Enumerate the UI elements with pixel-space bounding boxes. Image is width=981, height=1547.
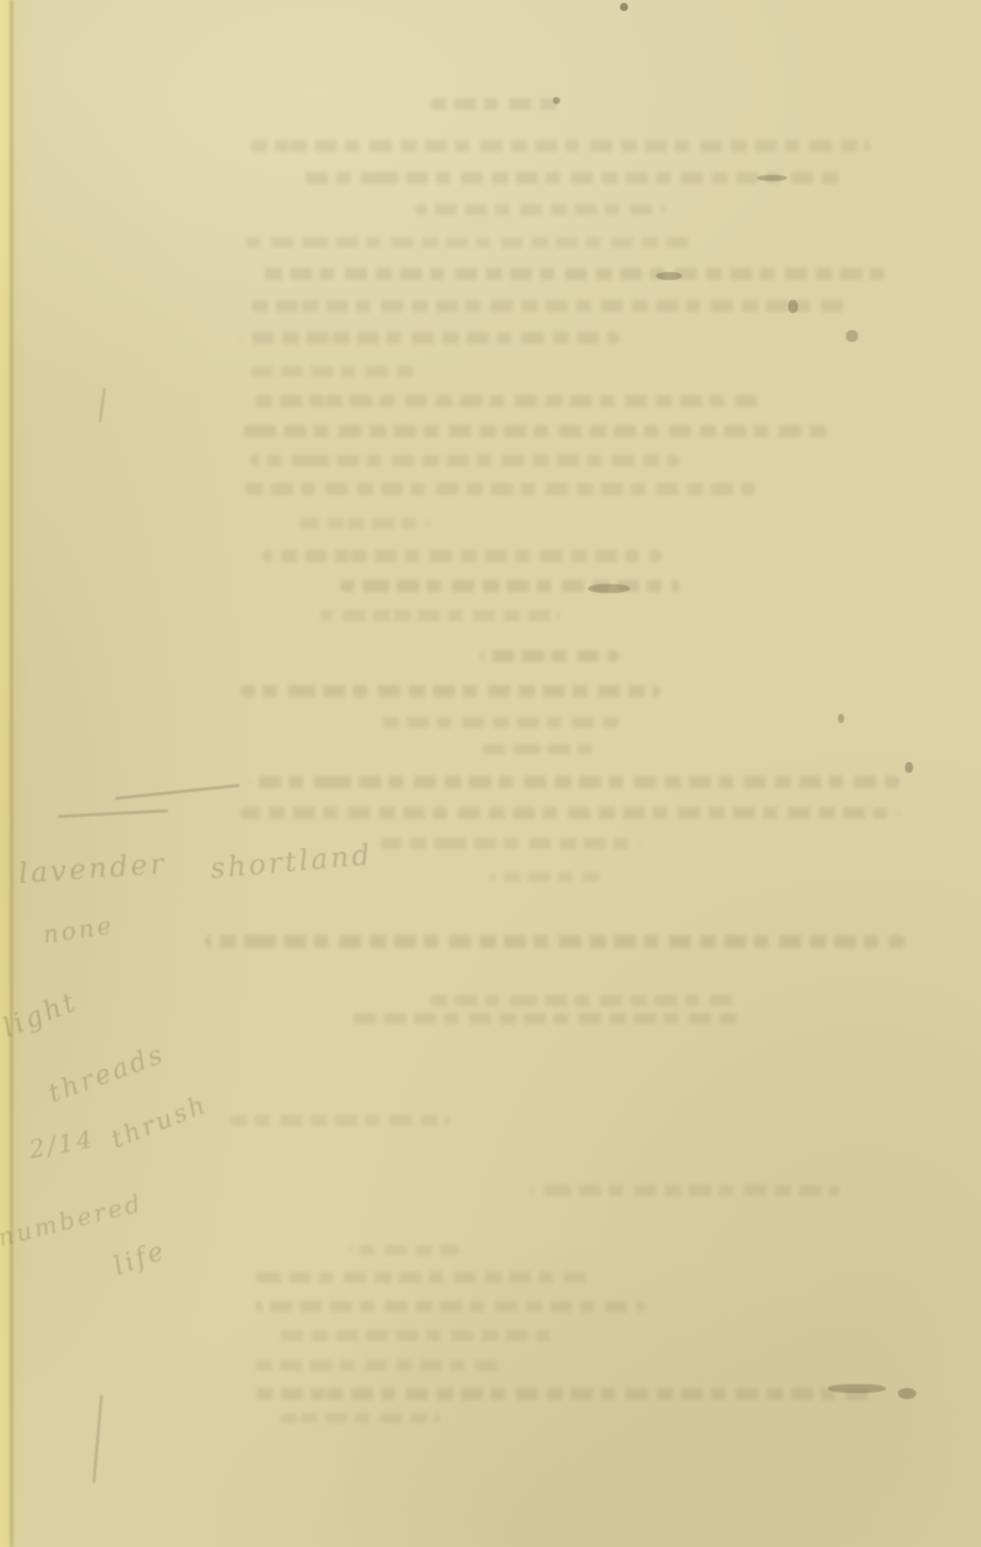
ghost-text-line <box>250 1360 500 1371</box>
ghost-text-line <box>205 935 905 948</box>
pencil-stroke <box>58 809 168 818</box>
ink-speck <box>620 3 628 11</box>
pencil-annotation: none <box>41 911 116 949</box>
ghost-text-line <box>380 838 640 849</box>
ghost-text-line <box>350 1013 740 1024</box>
pencil-stroke <box>115 784 240 800</box>
ghost-text-line <box>425 995 735 1006</box>
ghost-text-line <box>250 1388 870 1400</box>
ink-speck <box>846 330 858 342</box>
pencil-stroke <box>98 388 106 422</box>
ink-speck <box>553 97 560 104</box>
ghost-text-line <box>490 872 600 882</box>
ink-speck <box>757 175 787 181</box>
ghost-text-line <box>255 1301 645 1312</box>
ghost-text-line <box>248 395 758 407</box>
ghost-text-line <box>250 455 680 466</box>
ghost-text-line <box>240 685 660 697</box>
ghost-text-line <box>240 483 760 495</box>
pencil-annotation: threads <box>45 1039 169 1109</box>
ghost-text-line <box>245 237 695 248</box>
ghost-text-line <box>238 425 828 437</box>
ghost-text-line <box>230 1115 450 1126</box>
ghost-text-line <box>320 610 560 621</box>
ghost-text-line <box>240 332 620 344</box>
ghost-text-line <box>240 807 900 819</box>
ghost-text-line <box>255 1272 595 1283</box>
pencil-annotation: 2/14 <box>27 1125 97 1164</box>
ink-speck <box>905 762 913 773</box>
ink-speck <box>898 1388 916 1399</box>
pencil-annotation: thrush <box>107 1089 212 1154</box>
pencil-stroke <box>92 1395 103 1483</box>
ink-speck <box>838 714 844 723</box>
ghost-text-line <box>350 1245 460 1255</box>
ghost-text-line <box>250 140 870 152</box>
pencil-annotation: life <box>110 1235 171 1282</box>
ghost-text-line <box>300 518 430 529</box>
binding-gutter-edge <box>10 0 13 1547</box>
ghost-text-line <box>480 650 620 662</box>
ink-speck <box>588 584 630 593</box>
ink-speck <box>656 272 682 280</box>
ghost-text-line <box>280 1330 560 1341</box>
ghost-text-line <box>380 717 620 728</box>
ghost-text-line <box>262 550 662 562</box>
ghost-text-line <box>255 268 885 280</box>
book-page: lavendershortlandnonelightthreads2/14thr… <box>0 0 981 1547</box>
ghost-text-line <box>415 204 665 215</box>
ghost-text-line <box>250 776 900 788</box>
ghost-text-line <box>280 1413 440 1423</box>
pencil-annotation: shortland <box>209 838 374 885</box>
ink-speck <box>788 300 798 313</box>
ghost-text-line <box>250 300 850 312</box>
pencil-annotation: lavender <box>18 847 168 890</box>
ink-speck <box>828 1384 886 1393</box>
ghost-text-line <box>530 1185 840 1196</box>
ghost-text-line <box>430 98 560 110</box>
ghost-text-line <box>250 366 420 377</box>
pencil-annotation: numbered <box>0 1189 146 1252</box>
ghost-text-line <box>480 744 600 754</box>
